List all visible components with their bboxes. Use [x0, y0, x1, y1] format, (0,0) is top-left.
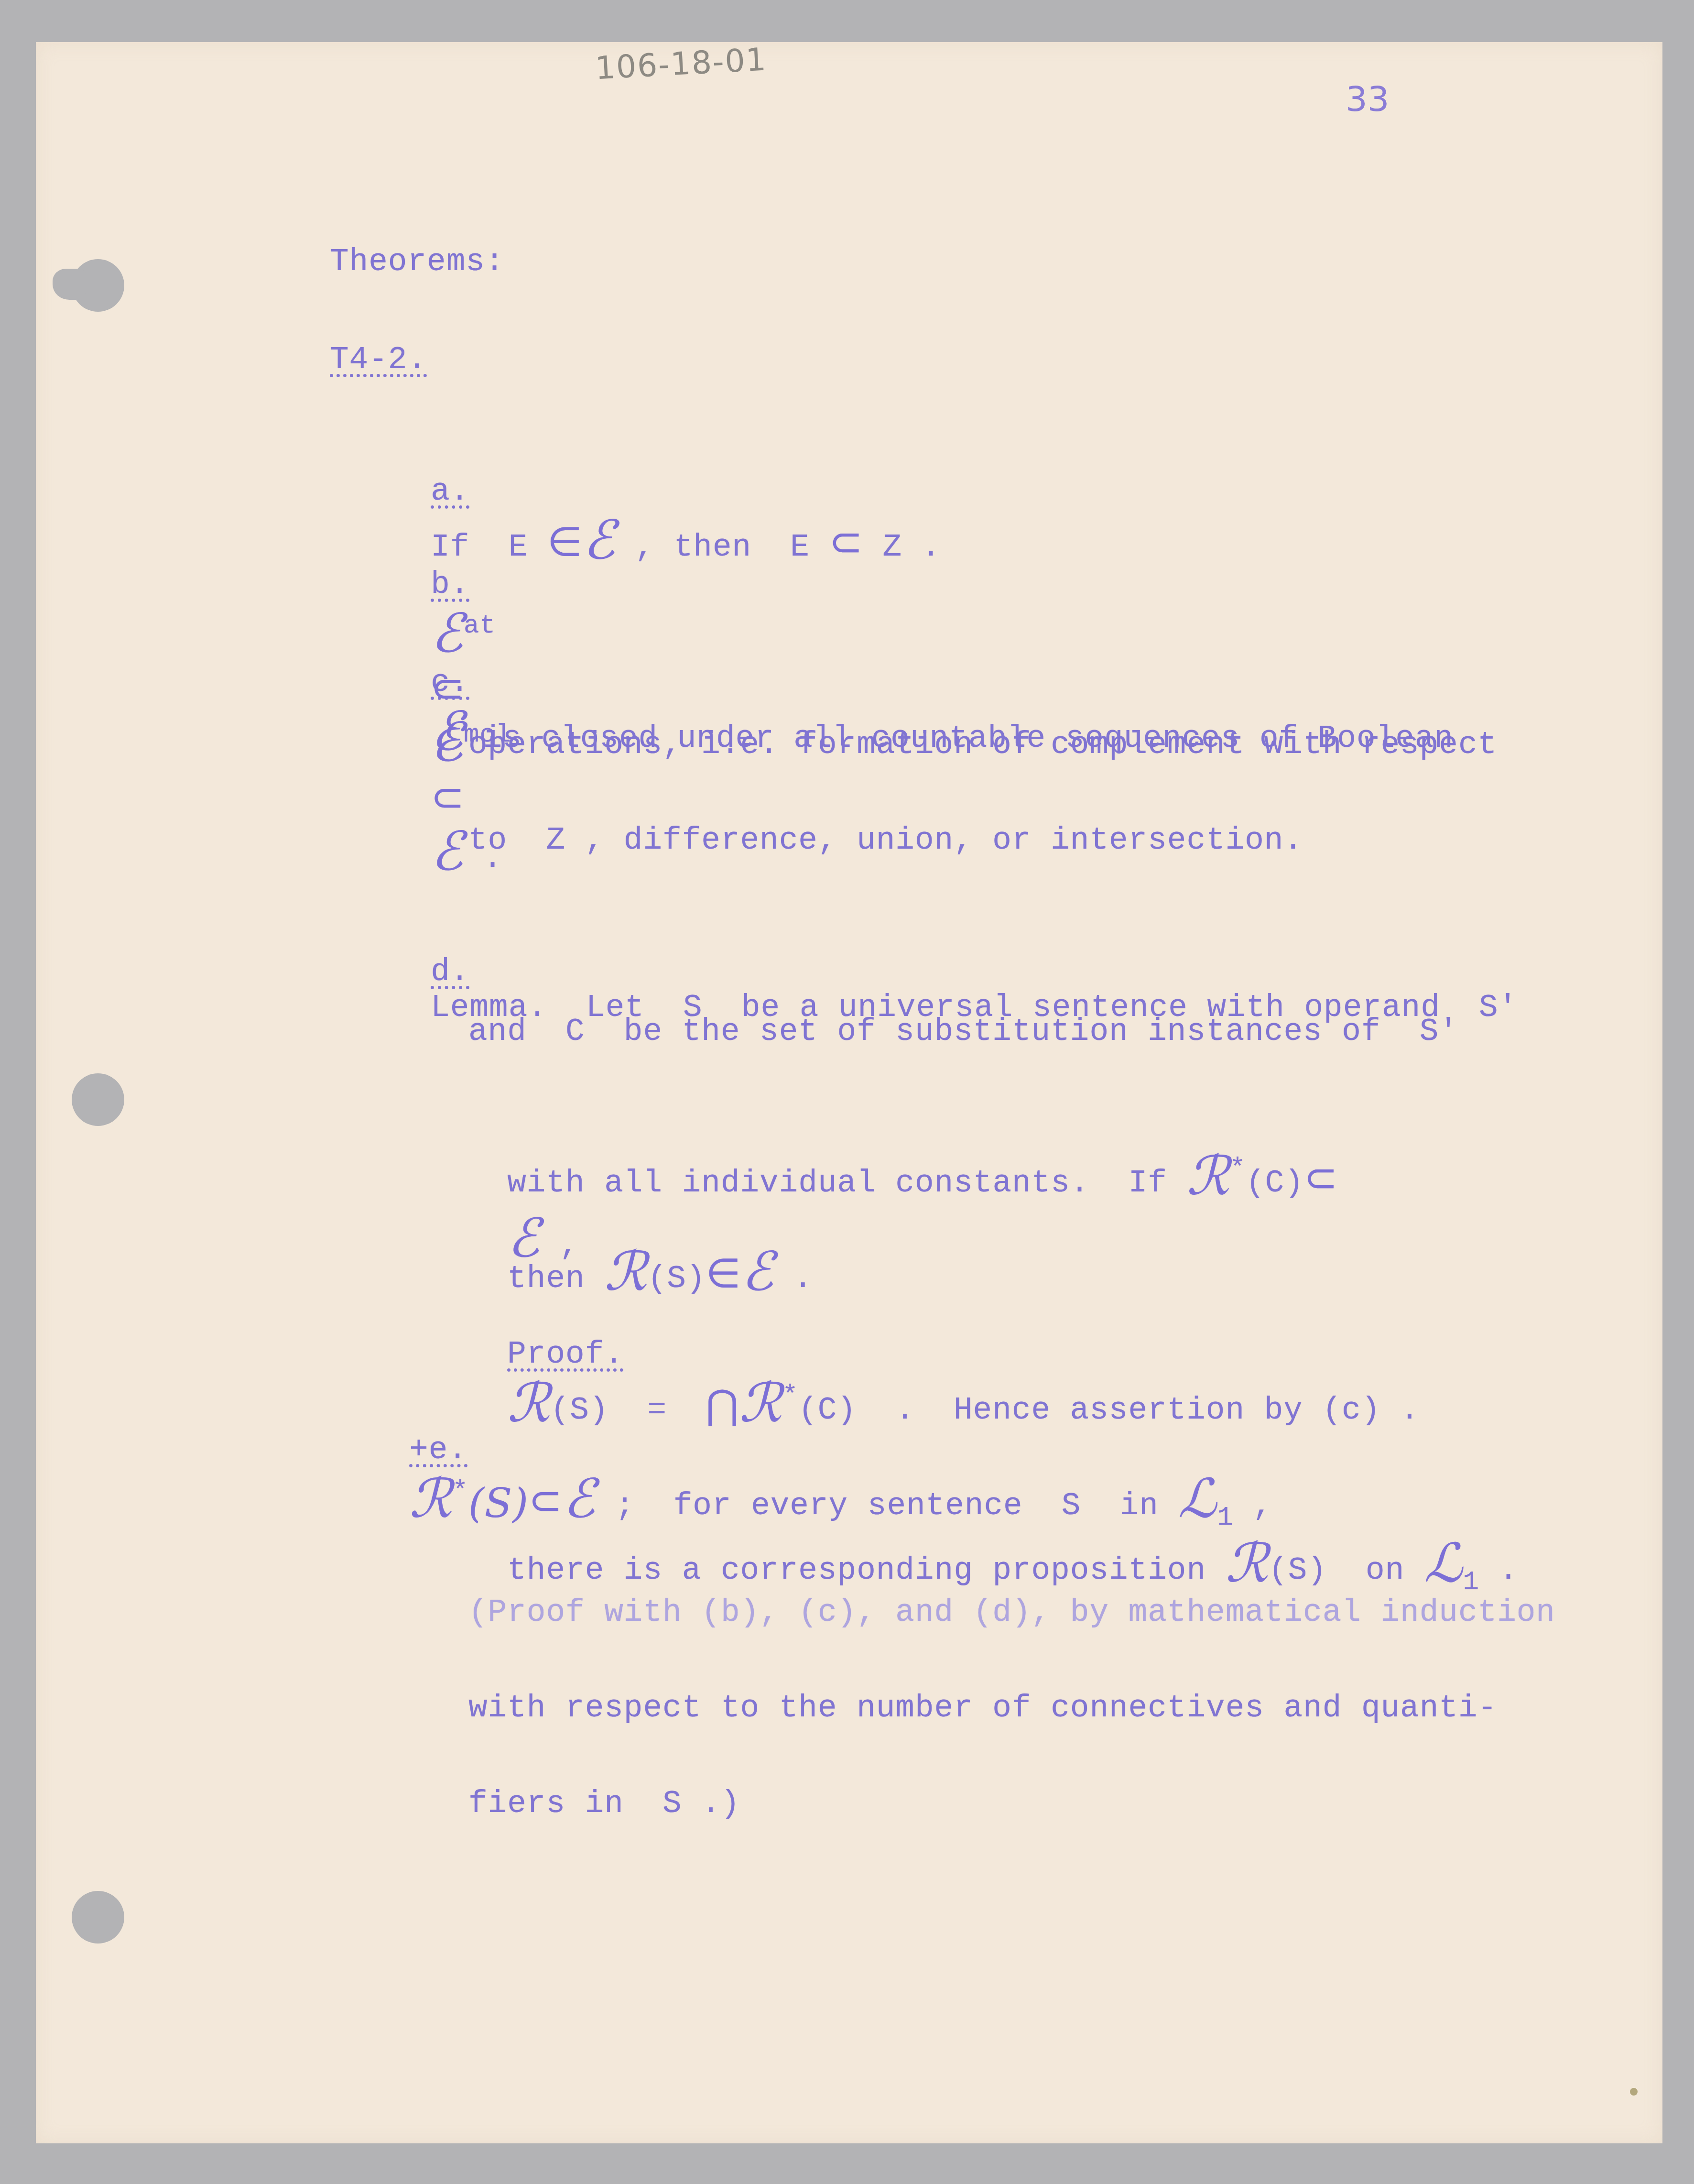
item-e-label: +e.	[409, 1432, 467, 1468]
item-e-line-3: (Proof with (b), (c), and (d), by mathem…	[468, 1594, 1555, 1630]
argument-s: (S)	[1269, 1552, 1327, 1588]
star-superscript: *	[1230, 1154, 1246, 1183]
item-d-text-3: with all individual constants. If	[507, 1165, 1186, 1201]
item-a-suffix: Z .	[863, 529, 941, 565]
item-d-text-4: then	[507, 1261, 604, 1297]
script-r-symbol: ℛ	[604, 1241, 647, 1303]
period: .	[774, 1261, 813, 1297]
script-r-symbol: ℛ	[1226, 1532, 1269, 1594]
page-number: 33	[1346, 79, 1390, 119]
argument-s: (S)	[648, 1261, 706, 1297]
script-e-symbol: ℰ	[741, 1241, 774, 1303]
argument-c: (C)	[1246, 1165, 1304, 1201]
script-r-symbol: ℛ	[409, 1468, 452, 1530]
star-superscript: *	[453, 1477, 468, 1506]
subscript-1: 1	[1463, 1567, 1480, 1597]
document-page	[36, 42, 1662, 2143]
item-c-label: c.	[431, 665, 469, 700]
script-e-symbol: ℰ	[431, 700, 464, 763]
item-b-label: b.	[431, 567, 469, 602]
item-e-on: on	[1327, 1552, 1424, 1588]
item-a-label: a.	[431, 473, 469, 509]
script-e-symbol: ℰ	[431, 820, 464, 883]
item-e-end-2: .	[1479, 1552, 1518, 1588]
item-c-line-3: to Z , difference, union, or intersectio…	[468, 822, 1303, 858]
item-e-line-5: fiers in S .)	[468, 1786, 740, 1822]
item-e-line-2: there is a corresponding proposition ℛ(S…	[468, 1496, 1518, 1597]
proof-label: Proof.	[507, 1336, 624, 1372]
script-e-symbol: ℰ	[583, 509, 616, 571]
item-a-mid: , then E	[616, 529, 829, 565]
script-r-symbol: ℛ	[1186, 1145, 1229, 1207]
element-of-symbol: ∈	[547, 518, 583, 565]
section-heading: Theorems:	[330, 244, 504, 280]
item-e-text-2: there is a corresponding proposition	[507, 1552, 1225, 1588]
item-d-line-1: d. Lemma. Let S be a universal sentence …	[392, 918, 1518, 1026]
element-of-symbol: ∈	[706, 1250, 741, 1297]
subset-symbol: ⊂	[829, 518, 863, 565]
item-d-label: d.	[431, 954, 469, 990]
item-e-line-4: with respect to the number of connective…	[468, 1690, 1497, 1726]
subset-symbol: ⊂	[431, 774, 465, 820]
subset-symbol: ⊂	[1304, 1154, 1338, 1201]
punch-hole-bottom	[72, 1891, 124, 1944]
punch-hole-top	[72, 259, 124, 312]
theorem-label: T4-2.	[330, 342, 427, 378]
script-l-symbol: ℒ	[1424, 1532, 1463, 1594]
item-c-line-2: operations, i.e. formation of complement…	[468, 727, 1497, 763]
item-d-line-4: then ℛ(S)∈ℰ .	[468, 1205, 813, 1303]
punch-hole-middle	[72, 1073, 124, 1126]
item-d-line-2: and C be the set of substitution instanc…	[468, 1014, 1458, 1049]
paper-spot	[1630, 2088, 1638, 2096]
